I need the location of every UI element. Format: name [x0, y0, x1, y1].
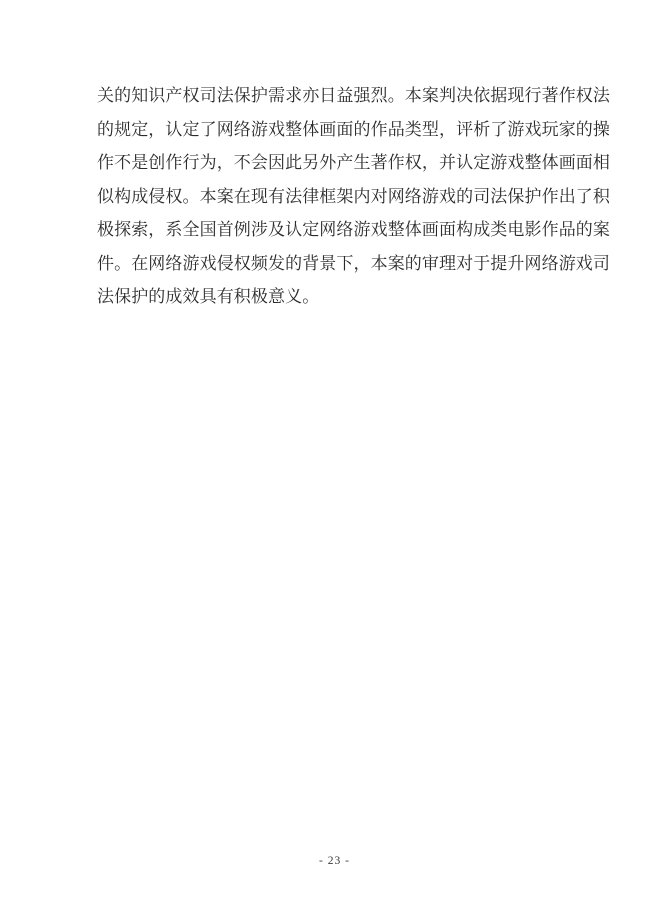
paragraph-line: 的规定，认定了网络游戏整体画面的作品类型，评析了游戏玩家的操 [97, 113, 574, 147]
page-number: - 23 - [0, 853, 669, 869]
body-paragraph: 关的知识产权司法保护需求亦日益强烈。本案判决依据现行著作权法 的规定，认定了网络… [97, 79, 574, 314]
paragraph-line: 极探索，系全国首例涉及认定网络游戏整体画面构成类电影作品的案 [97, 213, 574, 247]
document-page: 关的知识产权司法保护需求亦日益强烈。本案判决依据现行著作权法 的规定，认定了网络… [0, 0, 669, 900]
paragraph-line: 件。在网络游戏侵权频发的背景下，本案的审理对于提升网络游戏司 [97, 247, 574, 281]
paragraph-line: 法保护的成效具有积极意义。 [97, 280, 574, 314]
paragraph-line: 作不是创作行为，不会因此另外产生著作权，并认定游戏整体画面相 [97, 146, 574, 180]
paragraph-line: 关的知识产权司法保护需求亦日益强烈。本案判决依据现行著作权法 [97, 79, 574, 113]
paragraph-line: 似构成侵权。本案在现有法律框架内对网络游戏的司法保护作出了积 [97, 180, 574, 214]
